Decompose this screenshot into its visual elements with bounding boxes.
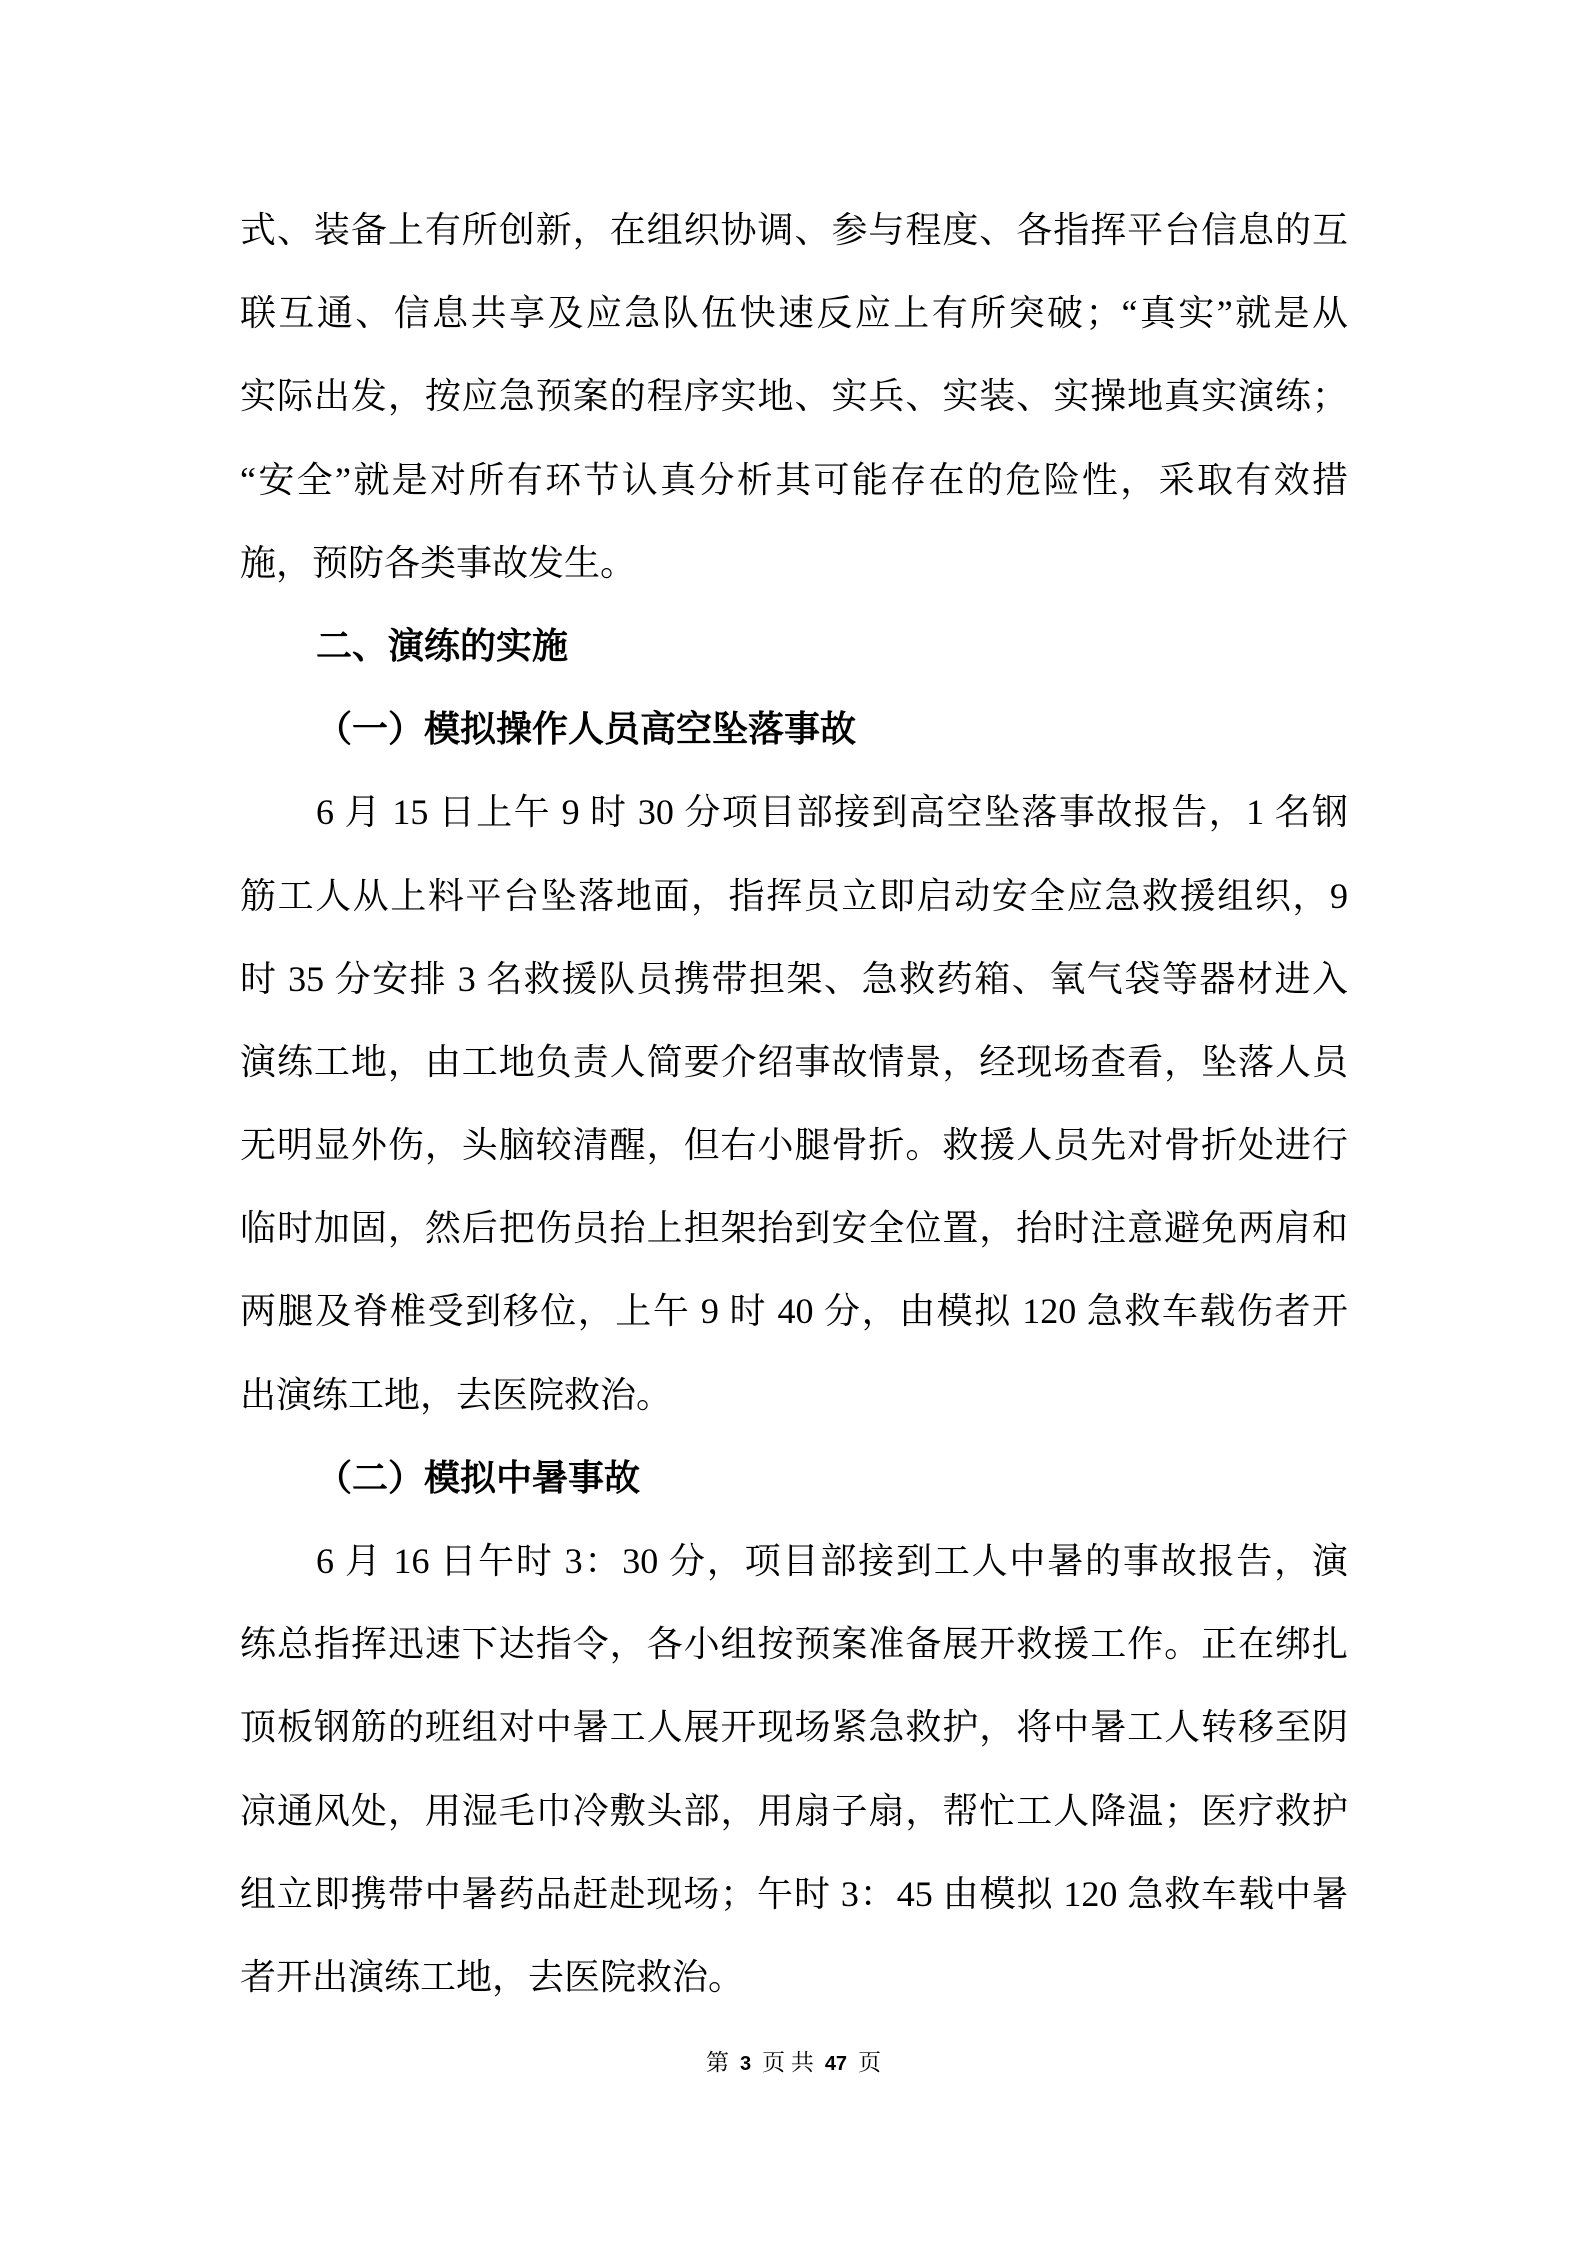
body-line: 施，预防各类事故发生。 — [240, 522, 1348, 605]
body-line: 出演练工地，去医院救治。 — [240, 1354, 1348, 1437]
body-line: 顶板钢筋的班组对中暑工人展开现场紧急救护，将中暑工人转移至阴 — [240, 1686, 1348, 1769]
document-page: 式、装备上有所创新，在组织协调、参与程度、各指挥平台信息的互 联互通、信息共享及… — [0, 0, 1587, 2245]
heading-section-2: 二、演练的实施 — [240, 605, 1348, 688]
footer-total-pages: 47 — [825, 2049, 847, 2079]
body-line: 组立即携带中暑药品赶赴现场；午时 3：45 由模拟 120 急救车载中暑 — [240, 1853, 1348, 1936]
body-line: 时 35 分安排 3 名救援队员携带担架、急救药箱、氧气袋等器材进入 — [240, 938, 1348, 1021]
page-footer: 第 3 页 共 47 页 — [0, 2048, 1587, 2079]
paragraph-first-line: 6 月 16 日午时 3：30 分，项目部接到工人中暑的事故报告，演 — [240, 1520, 1348, 1603]
body-line: 无明显外伤，头脑较清醒，但右小腿骨折。救援人员先对骨折处进行 — [240, 1104, 1348, 1187]
body-line: 两腿及脊椎受到移位，上午 9 时 40 分，由模拟 120 急救车载伤者开 — [240, 1270, 1348, 1353]
body-line: 演练工地，由工地负责人简要介绍事故情景，经现场查看，坠落人员 — [240, 1021, 1348, 1104]
body-line: 筋工人从上料平台坠落地面，指挥员立即启动安全应急救援组织，9 — [240, 855, 1348, 938]
body-line: 练总指挥迅速下达指令，各小组按预案准备展开救援工作。正在绑扎 — [240, 1603, 1348, 1686]
heading-subsection-1: （一）模拟操作人员高空坠落事故 — [240, 688, 1348, 771]
paragraph-first-line: 6 月 15 日上午 9 时 30 分项目部接到高空坠落事故报告，1 名钢 — [240, 771, 1348, 854]
body-line: 者开出演练工地，去医院救治。 — [240, 1936, 1348, 2019]
footer-label-ye: 页 — [858, 2048, 881, 2078]
footer-page-number: 3 — [740, 2049, 751, 2079]
body-line: “安全”就是对所有环节认真分析其可能存在的危险性，采取有效措 — [240, 439, 1348, 522]
body-line: 实际出发，按应急预案的程序实地、实兵、实装、实操地真实演练； — [240, 355, 1348, 438]
body-line: 式、装备上有所创新，在组织协调、参与程度、各指挥平台信息的互 — [240, 189, 1348, 272]
body-line: 凉通风处，用湿毛巾冷敷头部，用扇子扇，帮忙工人降温；医疗救护 — [240, 1770, 1348, 1853]
footer-label-di: 第 — [706, 2048, 729, 2078]
body-line: 联互通、信息共享及应急队伍快速反应上有所突破；“真实”就是从 — [240, 272, 1348, 355]
body-line: 临时加固，然后把伤员抬上担架抬到安全位置，抬时注意避免两肩和 — [240, 1187, 1348, 1270]
footer-label-ye-gong: 页 共 — [762, 2048, 814, 2078]
heading-subsection-2: （二）模拟中暑事故 — [240, 1437, 1348, 1520]
document-body: 式、装备上有所创新，在组织协调、参与程度、各指挥平台信息的互 联互通、信息共享及… — [240, 189, 1348, 2019]
